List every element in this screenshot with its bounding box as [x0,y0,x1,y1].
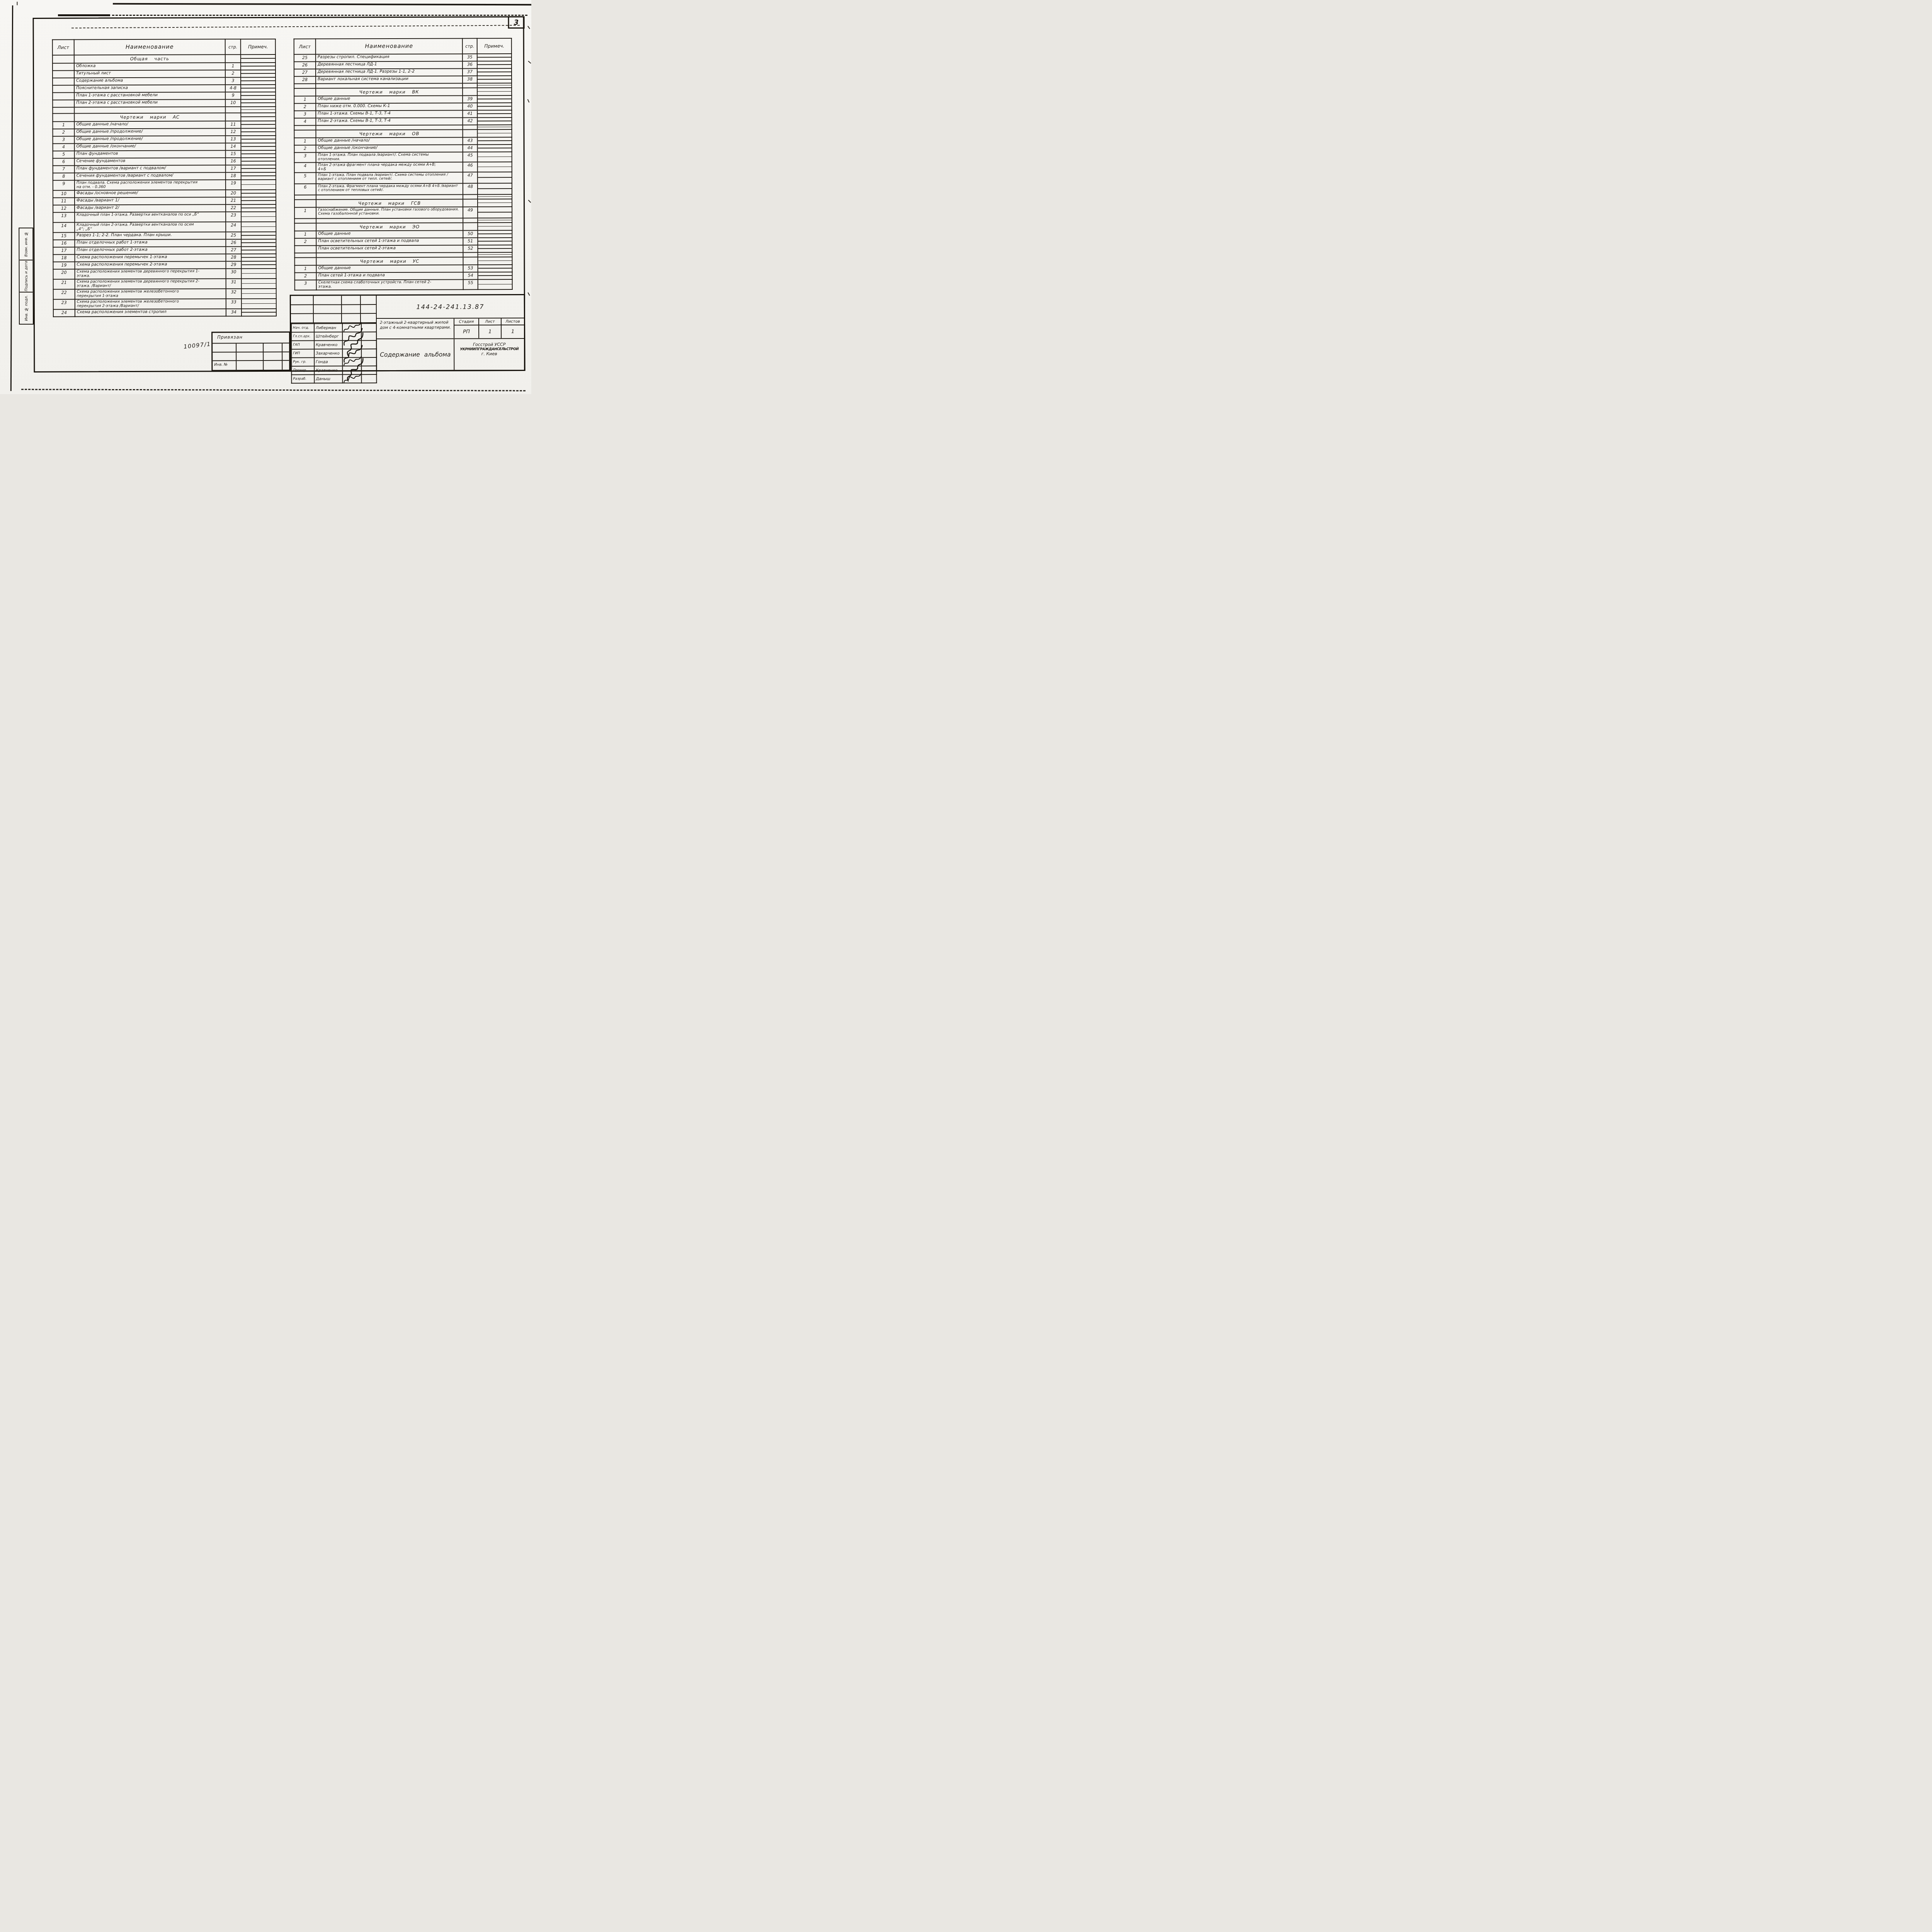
header-row: Лист Наименование стр. Примеч. [294,38,512,54]
contents-row: 22Схема расположения элементов железобет… [53,289,276,299]
cell-name: Общие данные /продолжение/ [75,136,226,143]
cell-note [478,172,512,183]
cell-sheet: 3 [295,280,316,290]
contents-row: 4Общие данные /окончание/14 [53,143,276,151]
cell-note [241,247,276,254]
cell-note [241,309,276,316]
contents-row: 2Общие данные /продолжение/12 [53,128,276,136]
contents-row: 10Фасады /основное решение/20 [53,190,276,198]
side-strip-label: Инв. № подл. [24,295,28,321]
cell-page: 26 [226,239,241,247]
cell-page: 44 [463,145,478,152]
cell-note [477,125,512,129]
header-row: Лист Наименование стр. Примеч. [53,39,276,55]
cell-name: Чертежи марки ВК [316,88,463,96]
cell-name: План 1-этажа. Схемы В-1, Т-3, Т-4 [316,110,463,118]
contents-row: План 1-этажа с расстановкой мебели9 [53,92,276,100]
cell-page: 1 [225,63,241,70]
cell-note [477,61,512,68]
side-strip-cell: Подпись и дата [20,260,33,293]
cell-page [463,252,478,257]
cell-sheet: 22 [53,289,75,299]
cell-note [478,207,512,218]
contents-row: План 2-этажа с расстановкой мебели10 [53,99,276,107]
cell-note [241,212,276,222]
contents-row: Обложка1 [53,63,276,71]
column-header-sheet: Лист [294,39,316,54]
cell-sheet: 16 [53,240,75,247]
cell-name: Чертежи марки ОВ [316,129,463,138]
contents-row: 28Вариант локальная система канализации3… [294,76,512,84]
cell-note [478,257,512,265]
cell-note [241,254,276,261]
contents-row: 20Схема расположения элементов деревянно… [53,269,276,279]
signature-role: ГАП [291,341,314,349]
cell-sheet: 7 [53,166,75,173]
contents-row: 2План сетей 1-этажа и подвала54 [295,272,512,280]
cell-sheet: 6 [53,158,75,166]
cell-note [241,128,276,136]
cell-note [241,121,276,128]
contents-row: 2Общие данные /окончание/44 [294,145,512,153]
signature-role: Провер. [291,366,314,375]
cell-note [478,238,512,245]
cell-page: 48 [463,183,478,194]
cell-page: 37 [463,68,477,76]
cell-sheet: 19 [53,262,75,269]
cell-note [478,183,512,194]
cell-name: Сечение фундаментов [75,158,226,165]
contents-row: 4План 2-этажа. Схемы В-1, Т-3, Т-442 [294,117,512,126]
album-title: Содержание альбома [377,339,454,370]
cell-note [241,165,276,172]
cell-page: 32 [226,289,241,299]
cell-page: 25 [226,232,241,239]
cell-page: 13 [226,136,241,143]
column-header-note: Примеч. [241,39,276,54]
cell-note [478,162,512,172]
cell-note [241,261,276,269]
cell-note [477,83,512,88]
signature-row: ГИПЗахарченко [291,349,376,358]
cell-page: 10 [225,99,241,107]
cell-name: Разрез 1-1; 2-2. План чердака. План крыш… [75,232,226,240]
cell-sheet: 23 [53,299,75,310]
binding-stamp: Привязан Инв. № [211,332,290,371]
side-strip-cell: Взам. инв. № [19,228,32,260]
cell-page: 45 [463,152,478,162]
cell-sheet [53,55,74,63]
cell-note [241,150,276,158]
cell-sheet [294,258,316,265]
contents-row: 2План ниже отм. 0.000. Схемы К-140 [294,103,512,111]
cell-sheet: 3 [294,153,316,163]
cell-sheet: 1 [294,207,316,219]
cell-note [478,199,512,207]
cell-note [477,110,512,117]
side-strip-label: Взам. инв. № [24,231,28,257]
signature-role: Рук. гр. [291,358,314,366]
cell-page: 55 [463,279,478,289]
cell-page: 16 [226,158,241,165]
cell-note [477,95,512,103]
cell-name [74,107,225,113]
sheet-label: Лист [478,318,501,325]
cell-sheet: 1 [294,138,316,145]
cell-page: 28 [226,254,241,261]
cell-page: 23 [226,212,241,222]
cell-page [463,199,478,207]
signature-role: Гл.сп.арх. [291,332,314,341]
cell-page: 54 [463,272,478,279]
cell-page [463,125,477,129]
cell-sheet: 14 [53,223,75,233]
cell-note [478,218,512,223]
cell-name: Схема расположения перемычек 1-этажа [75,254,226,262]
contents-row: 9План подвала. Схема расположения элемен… [53,180,276,190]
contents-row: 1Общие данные50 [294,230,512,238]
cell-page: 36 [463,61,477,68]
cell-page [225,107,241,113]
cell-name: Фасады /вариант 1/ [75,197,226,205]
cell-sheet: 27 [294,69,316,77]
cell-sheet: 2 [294,145,316,153]
cell-name: План фундаментов [75,150,226,158]
cell-page: 34 [226,309,241,316]
cell-name: Общие данные /окончание/ [75,143,226,151]
cell-sheet: 13 [53,213,75,223]
cell-page: 14 [226,143,241,150]
object-title: 2-этажный 2-квартирный жилой дом с 4-ком… [377,318,454,338]
contents-row: 5План фундаментов15 [53,150,276,158]
cell-sheet [53,114,74,122]
cell-sheet [53,100,74,107]
contents-row: 14Кладочный план 2-этажа. Развертки вент… [53,222,276,233]
cell-note [241,289,276,299]
signature-name: Штейнберг [314,332,342,340]
organization-line: УКРНИИПГРАЖДАНСЕЛЬСТРОЙ [456,347,522,352]
stage-value: РП [454,325,478,338]
contents-row: Содержание альбома3 [53,77,276,85]
cell-sheet: 3 [53,136,75,144]
cell-name: Чертежи марки АС [74,113,225,121]
contents-row: 21Схема расположения элементов деревянно… [53,279,276,289]
cell-page: 27 [226,247,241,254]
sheets-label: Листов [501,318,524,325]
cell-page: 24 [226,222,241,232]
cell-page: 11 [225,121,241,128]
cell-name: Скелетная схема слаботочных устройств. П… [316,279,463,290]
cell-name: Общие данные /окончание/ [316,145,463,152]
cell-name: Газоснабжение. Общие данные. План устано… [316,207,463,218]
cell-note [241,113,276,121]
contents-row: План осветительных сетей 2-этажа52 [294,245,512,253]
inventory-grid: Инв. № [213,344,289,370]
cell-note [478,137,512,145]
cell-page [463,257,478,265]
cell-page: 21 [226,197,241,204]
cell-page: 38 [463,76,477,83]
title-block: Нач. отд.ЛиберманГл.сп.арх.ШтейнбергГАПК… [290,294,526,372]
contents-row: 26Деревянная лестница ЛД-136 [294,61,512,69]
cell-sheet [294,130,316,138]
cell-sheet [294,88,316,96]
contents-row: 4План 2-этажа фрагмент плана чердака меж… [294,162,512,173]
contents-row: 8Сечения фундаментов /вариант с подвалом… [53,172,276,180]
cell-name: План 2-этажа. Фрагмент плана чердака меж… [316,183,463,195]
cell-page: 31 [226,279,241,289]
cell-sheet: 25 [294,54,316,62]
contents-row: 2План осветительных сетей 1-этажа и подв… [294,238,512,246]
page-number: 3 [514,18,519,26]
contents-table-left: Лист Наименование стр. Примеч. Общая час… [52,39,276,317]
cell-sheet [53,78,74,85]
contents-row: 1Газоснабжение. Общие данные. План устан… [294,207,512,219]
signature-name: Кравченко [314,366,342,374]
cell-name: Чертежи марки УС [316,257,463,265]
cell-note [478,194,512,199]
cell-sheet: 2 [294,238,316,246]
cell-page: 39 [463,95,477,103]
cell-sheet [294,126,316,130]
cell-page: 42 [463,117,477,125]
contents-row: 16План отделочных работ 1-этажа26 [53,239,276,247]
cell-name: Чертежи марки ГСВ [316,199,463,207]
cell-name: План осветительных сетей 2-этажа [316,245,463,253]
cell-sheet: 12 [53,205,75,213]
contents-row: 24Схема расположения элементов стропил34 [53,309,276,317]
cell-sheet: 5 [53,151,75,158]
cell-note [477,54,512,61]
column-header-name: Наименование [74,39,225,55]
signature-name: Либерман [314,323,342,332]
cell-page: 4-8 [225,85,241,92]
cell-page: 22 [226,204,241,212]
cell-note [241,99,276,107]
cell-note [477,103,512,110]
cell-name: Схема расположения перемычек 2-этажа [75,261,226,269]
cell-name: Схема расположения элементов стропил [75,309,226,316]
cell-sheet [294,219,316,223]
cell-page: 3 [225,77,241,85]
cell-sheet: 4 [294,163,316,173]
cell-sheet: 5 [294,173,316,184]
sheet-value: 1 [478,325,501,338]
contents-row: 1Общие данные53 [295,265,512,273]
cell-sheet [294,200,316,207]
page-number-box: 3 [508,16,525,29]
signature-row: Провер.Кравченко [291,366,376,375]
contents-row: 11Фасады /вариант 1/21 [53,197,276,205]
cell-note [241,222,276,232]
cell-name: Деревянная лестница ЛД-1. Разрезы 1-1, 2… [316,68,463,76]
cell-name: План подвала. Схема расположения элемент… [75,180,226,190]
contents-row: Пояснительная записка4-8 [53,85,276,93]
cell-page: 29 [226,261,241,269]
cell-sheet: 1 [294,96,316,104]
column-header-page: стр. [225,39,241,54]
contents-row: 6Сечение фундаментов16 [53,158,276,166]
cell-note [478,223,512,230]
contents-row: 1Общие данные39 [294,95,512,104]
cell-note [241,172,276,180]
cell-page: 43 [463,137,478,145]
cell-note [241,239,276,247]
organization-line: Госстрой УССР [454,342,524,347]
signature-name: Кравченко [314,340,342,349]
cell-page: 9 [225,92,241,99]
contents-row: 3Скелетная схема слаботочных устройств. … [295,279,512,290]
contents-row: 3Общие данные /продолжение/13 [53,136,276,144]
column-header-sheet: Лист [53,40,74,55]
cell-name: Сечения фундаментов /вариант с подвалом/ [75,172,226,180]
cell-page: 46 [463,162,478,172]
cell-page: 2 [225,70,241,77]
cell-sheet: 2 [295,273,316,280]
cell-name: Общая часть [74,54,225,63]
cell-name: План 1-этажа с расстановкой мебели [74,92,225,100]
cell-name: Схема расположения элементов деревянного… [75,269,226,279]
cell-sheet [53,107,74,114]
cell-sheet: 28 [294,77,316,84]
stage-label: Стадия [454,318,478,325]
document-number: 144-24-241.13.87 [377,295,524,319]
cell-sheet: 2 [294,104,316,111]
cell-note [477,76,512,83]
cell-name: План фундаментов /вариант с подвалом/ [75,165,226,173]
cell-sheet [294,195,316,200]
cell-name: Кладочный план 1-этажа. Развертки вентка… [75,212,226,222]
cell-name: Общие данные [316,265,463,272]
cell-page: 52 [463,245,478,252]
signature-name: Даныш [314,374,342,383]
section-header-row: Чертежи марки ГСВ [294,199,512,207]
contents-row: 6План 2-этажа. Фрагмент плана чердака ме… [294,183,512,195]
cell-page [225,113,241,121]
spacer-row [53,107,276,114]
cell-note [477,117,512,125]
contents-row: 25Разрезы стропил. Спецификация35 [294,54,512,62]
cell-note [478,152,512,162]
cell-sheet [53,71,74,78]
cell-note [477,68,512,76]
cell-page: 53 [463,265,478,272]
signature-name: Захарченко [314,349,342,357]
cell-sheet: 18 [53,255,75,262]
cell-page: 19 [226,180,241,190]
cell-name: Общие данные [316,230,463,238]
cell-note [241,232,276,239]
cell-page: 20 [226,190,241,197]
title-block-signature-zone: Нач. отд.ЛиберманГл.сп.арх.ШтейнбергГАПК… [291,296,376,371]
cell-name: План отделочных работ 2-этажа [75,247,226,254]
cell-name: План сетей 1-этажа и подвала [316,272,463,280]
cell-name: Обложка [74,63,225,70]
cell-sheet: 8 [53,173,75,180]
cell-name: Содержание альбома [74,77,225,85]
signature-role: Разраб. [291,375,314,383]
cell-note [477,88,512,95]
cell-page: 18 [226,172,241,180]
cell-sheet: 21 [53,279,75,289]
contents-row: 27Деревянная лестница ЛД-1. Разрезы 1-1,… [294,68,512,77]
contents-row: 12Фасады /вариант 2/22 [53,204,276,213]
side-strip: Взам. инв. № Подпись и дата Инв. № подл. [19,228,34,325]
cell-note [241,85,276,92]
cell-sheet: 10 [53,190,75,198]
cell-name: Общие данные /начало/ [316,137,463,145]
cell-name: План 1-этажа. План подвала /вариант/. Сх… [316,172,463,184]
contents-row: 17План отделочных работ 2-этажа27 [53,247,276,255]
contents-row: 3План 1-этажа. Схемы В-1, Т-3, Т-441 [294,110,512,118]
section-header-row: Общая часть [53,54,276,63]
cell-page: 15 [226,150,241,158]
cell-sheet [53,93,74,100]
cell-name: План 2-этажа с расстановкой мебели [74,99,225,107]
contents-row: 3План 1-этажа. План подвала /вариант/. С… [294,152,512,163]
cell-note [477,129,512,137]
cell-note [241,279,276,289]
title-block-info-zone: 144-24-241.13.87 2-этажный 2-квартирный … [376,295,524,370]
section-header-row: Чертежи марки АС [53,113,276,122]
signature-row: Разраб.Даныш [291,374,376,383]
cell-name: Фасады /вариант 2/ [75,204,226,212]
cell-name: Деревянная лестница ЛД-1 [316,61,463,69]
contents-row: 19Схема расположения перемычек 2-этажа29 [53,261,276,269]
contents-row: 1Общие данные /начало/11 [53,121,276,129]
cell-note [478,265,512,272]
cell-note [478,279,512,289]
contents-row: 18Схема расположения перемычек 1-этажа28 [53,254,276,262]
cell-name: План 1-этажа. План подвала /вариант/. Сх… [316,152,463,162]
signature-role: ГИП [291,349,314,358]
cell-sheet: 15 [53,233,75,240]
cell-page [463,194,478,199]
column-header-note: Примеч. [477,38,512,54]
cell-sheet: 9 [53,180,75,190]
cell-page: 30 [226,269,241,279]
cell-sheet: 3 [294,111,316,118]
cell-note [241,63,276,70]
cell-sheet [294,253,316,258]
signature-table: Нач. отд.ЛиберманГл.сп.арх.ШтейнбергГАПК… [291,323,376,371]
signature-name: Гонда [314,357,342,366]
cell-sheet: 1 [294,231,316,238]
cell-name: План 2-этажа. Схемы В-1, Т-3, Т-4 [316,117,463,125]
cell-sheet: 6 [294,184,316,195]
cell-note [478,245,512,252]
inventory-label: Инв. № [213,361,236,370]
cell-sheet: 11 [53,198,75,205]
side-strip-cell: Инв. № подл. [20,293,33,324]
contents-row: 7План фундаментов /вариант с подвалом/17 [53,165,276,173]
section-header-row: Чертежи марки ОВ [294,129,512,138]
cell-note [241,107,276,113]
cell-sheet: 20 [53,269,75,279]
cell-name: Пояснительная записка [74,85,225,92]
cell-note [241,158,276,165]
cell-page [463,83,477,88]
stage-grid: Стадия Лист Листов РП 1 1 [454,318,524,338]
cell-name: Титульный лист [74,70,225,78]
cell-note [241,180,276,190]
cell-note [241,136,276,143]
cell-sheet [53,85,74,93]
cell-note [241,269,276,279]
revision-grid [291,296,376,323]
cell-page: 50 [463,230,478,238]
cell-name: Общие данные [316,95,463,103]
